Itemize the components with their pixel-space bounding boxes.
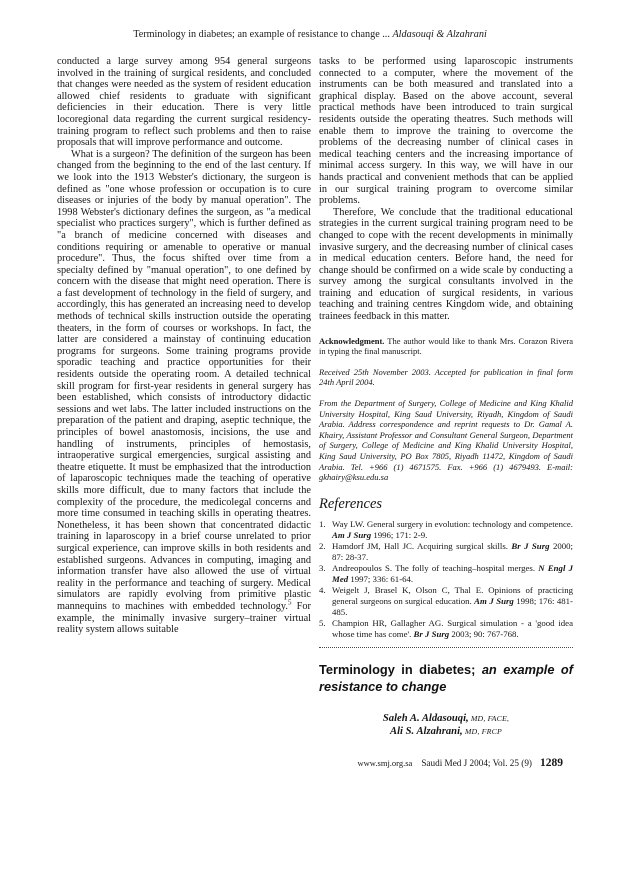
footer-url: www.smj.org.sa	[358, 758, 413, 768]
body-paragraph: What is a surgeon? The definition of the…	[57, 149, 311, 636]
journal-page: Terminology in diabetes; an example of r…	[0, 0, 620, 877]
journal-name: Br J Surg	[511, 541, 549, 551]
running-header-authors: Aldasouqi & Alzahrani	[392, 29, 486, 40]
reference-item: 2.Hamdorf JM, Hall JC. Acquiring surgica…	[319, 541, 573, 563]
reference-text: 1996; 171: 2-9.	[371, 530, 427, 540]
journal-name: Am J Surg	[332, 530, 371, 540]
reference-item: 3.Andreopoulos S. The folly of teaching–…	[319, 563, 573, 585]
reference-number: 3.	[319, 563, 326, 574]
running-header-title: Terminology in diabetes; an example of r…	[133, 29, 392, 40]
reference-number: 5.	[319, 618, 326, 629]
journal-name: Am J Surg	[474, 596, 514, 606]
next-article-title-roman: Terminology in diabetes;	[319, 662, 482, 677]
reference-text: Hamdorf JM, Hall JC. Acquiring surgical …	[332, 541, 511, 551]
author-degrees: MD, FRCP	[463, 727, 502, 736]
paragraph-text: conducted a large survey among 954 gener…	[57, 56, 311, 148]
acknowledgment-label: Acknowledgment.	[319, 336, 384, 346]
reference-item: 1.Way LW. General surgery in evolution: …	[319, 519, 573, 541]
reference-text: 2003; 90: 767-768.	[449, 629, 518, 639]
author-name: Saleh A. Aldasouqi,	[383, 713, 469, 724]
body-paragraph-continuation: conducted a large survey among 954 gener…	[57, 56, 311, 149]
author-name: Ali S. Alzahrani,	[390, 726, 463, 737]
footer-page-number: 1289	[540, 757, 563, 769]
received-accepted-note: Received 25th November 2003. Accepted fo…	[319, 367, 573, 388]
reference-text: 1997; 336: 61-64.	[348, 574, 413, 584]
body-paragraph-continuation: tasks to be performed using laparoscopic…	[319, 56, 573, 207]
journal-name: Br J Surg	[413, 629, 449, 639]
reference-number: 4.	[319, 585, 326, 596]
reference-number: 1.	[319, 519, 326, 530]
reference-number: 2.	[319, 541, 326, 552]
reference-text: Way LW. General surgery in evolution: te…	[332, 519, 573, 529]
paragraph-text: Therefore, We conclude that the traditio…	[319, 207, 573, 322]
running-header: Terminology in diabetes; an example of r…	[0, 29, 620, 40]
next-article-title: Terminology in diabetes; an example of r…	[319, 661, 573, 695]
paragraph-text: tasks to be performed using laparoscopic…	[319, 56, 573, 206]
reference-list: 1.Way LW. General surgery in evolution: …	[319, 519, 573, 640]
paragraph-text: What is a surgeon? The definition of the…	[57, 149, 311, 612]
right-column: tasks to be performed using laparoscopic…	[319, 56, 573, 738]
left-column: conducted a large survey among 954 gener…	[57, 56, 311, 636]
author-line: Ali S. Alzahrani, MD, FRCP	[319, 725, 573, 738]
author-line: Saleh A. Aldasouqi, MD, FACE,	[319, 712, 573, 725]
reference-text: Andreopoulos S. The folly of teaching–ho…	[332, 563, 538, 573]
reference-item: 5.Champion HR, Gallagher AG. Surgical si…	[319, 618, 573, 640]
references-heading: References	[319, 496, 573, 512]
reference-item: 4.Weigelt J, Brasel K, Olson C, Thal E. …	[319, 585, 573, 618]
next-article-authors: Saleh A. Aldasouqi, MD, FACE, Ali S. Alz…	[319, 712, 573, 738]
article-separator-rule	[319, 647, 573, 648]
body-paragraph: Therefore, We conclude that the traditio…	[319, 207, 573, 323]
author-degrees: MD, FACE,	[469, 714, 509, 723]
affiliation-correspondence-note: From the Department of Surgery, College …	[319, 398, 573, 483]
page-footer: www.smj.org.saSaudi Med J 2004; Vol. 25 …	[319, 753, 573, 771]
footer-citation: Saudi Med J 2004; Vol. 25 (9)	[421, 758, 532, 768]
acknowledgment-note: Acknowledgment. The author would like to…	[319, 336, 573, 357]
